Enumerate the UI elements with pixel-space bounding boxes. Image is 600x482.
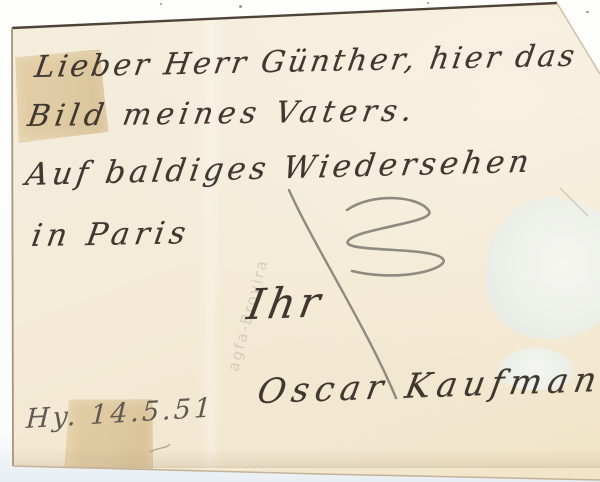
pencil-zigzag-scribble	[347, 198, 444, 275]
scanned-photo-back: agfa-Brovira Lieber Herr Günther, hier d…	[0, 0, 600, 482]
pencil-tick	[150, 444, 170, 452]
handwritten-line-2: Bild meines Vaters.	[25, 94, 419, 135]
handwritten-line-4: in Paris	[29, 215, 193, 254]
handwritten-line-3: Auf baldiges Wiedersehen	[23, 144, 535, 193]
dust-speck	[586, 11, 589, 13]
date-annotation: Hy. 14.5.51	[25, 392, 214, 435]
handwritten-closing: Ihr	[244, 277, 328, 329]
dust-speck	[427, 2, 429, 4]
photo-paper-back: agfa-Brovira Lieber Herr Günther, hier d…	[0, 0, 600, 482]
dust-speck	[239, 5, 242, 8]
paper-crease	[560, 188, 588, 216]
handwritten-signature: Oscar Kaufmann	[254, 359, 600, 412]
paper-damage-blob-right	[477, 189, 600, 349]
handwritten-line-1: Lieber Herr Günther, hier das	[32, 39, 579, 85]
dust-speck	[160, 3, 162, 5]
